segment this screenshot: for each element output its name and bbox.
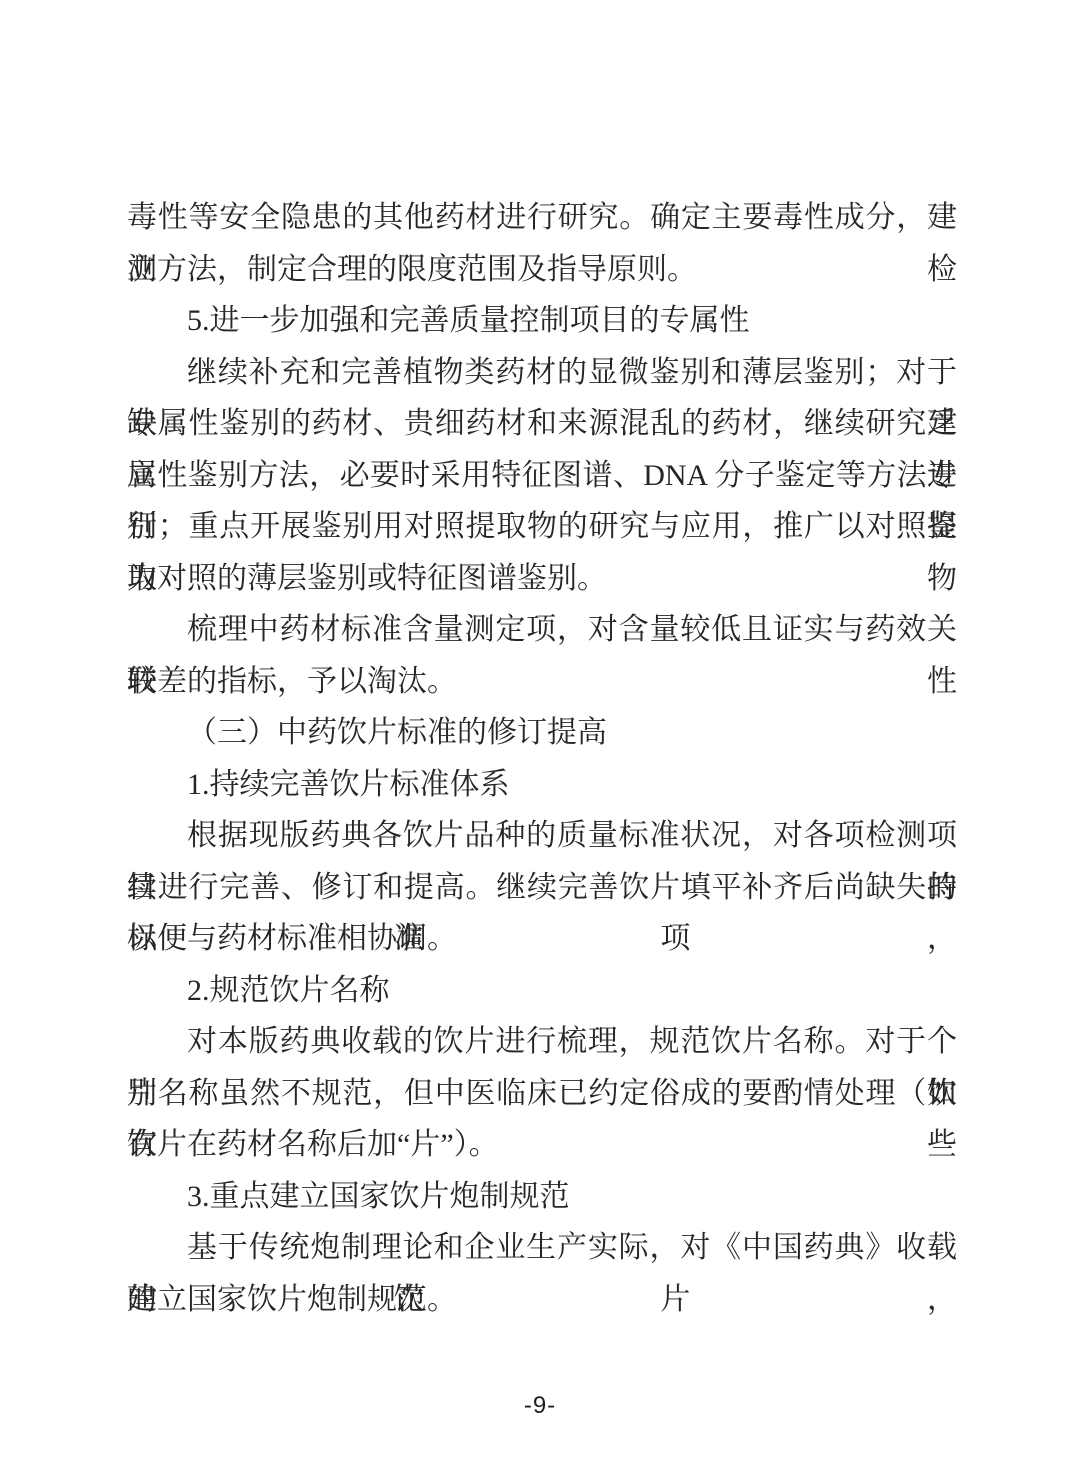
text-line: 片名称虽然不规范，但中医临床已约定俗成的要酌情处理（如有些 [127, 1068, 957, 1120]
document-page: 毒性等安全隐患的其他药材进行研究。确定主要毒性成分，建立检测方法，制定合理的限度… [0, 0, 1080, 1466]
text-line: 2.规范饮片名称 [127, 965, 957, 1017]
text-line: 基于传统炮制理论和企业生产实际，对《中国药典》收载的饮片， [127, 1222, 957, 1274]
text-line: 继续补充和完善植物类药材的显微鉴别和薄层鉴别；对于缺乏 [127, 347, 957, 399]
text-line: （三）中药饮片标准的修订提高 [127, 707, 957, 759]
text-line: 属性鉴别方法，必要时采用特征图谱、DNA 分子鉴定等方法进行鉴 [127, 450, 957, 502]
text-line: 毒性等安全隐患的其他药材进行研究。确定主要毒性成分，建立检 [127, 192, 957, 244]
text-line: 5.进一步加强和完善质量控制项目的专属性 [127, 295, 957, 347]
text-line: 根据现版药典各饮片品种的质量标准状况，对各项检测项目持 [127, 810, 957, 862]
text-line: 别；重点开展鉴别用对照提取物的研究与应用，推广以对照提取物 [127, 501, 957, 553]
text-line: 对本版药典收载的饮片进行梳理，规范饮片名称。对于个别饮 [127, 1016, 957, 1068]
text-line: 续进行完善、修订和提高。继续完善饮片填平补齐后尚缺失的标准项， [127, 862, 957, 914]
text-block: 毒性等安全隐患的其他药材进行研究。确定主要毒性成分，建立检测方法，制定合理的限度… [127, 192, 957, 1325]
text-line: 3.重点建立国家饮片炮制规范 [127, 1171, 957, 1223]
text-line: 梳理中药材标准含量测定项，对含量较低且证实与药效关联性 [127, 604, 957, 656]
text-line: 专属性鉴别的药材、贵细药材和来源混乱的药材，继续研究建立专 [127, 398, 957, 450]
text-line: 1.持续完善饮片标准体系 [127, 759, 957, 811]
page-number: -9- [0, 1392, 1080, 1420]
